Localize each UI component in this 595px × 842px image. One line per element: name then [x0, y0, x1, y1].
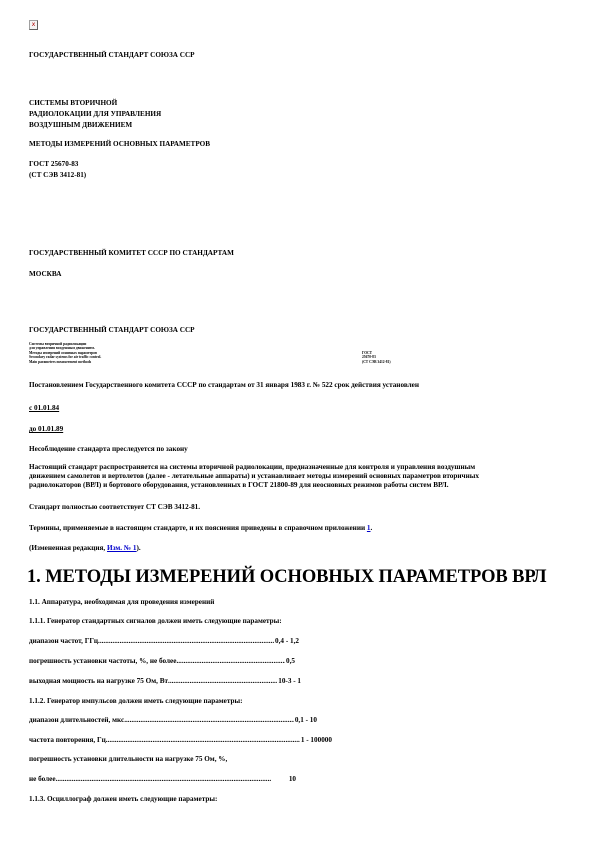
clause-1-1-1: 1.1.1. Генератор стандартных сигналов до… — [29, 617, 282, 626]
title-line-3: ВОЗДУШНЫМ ДВИЖЕНИЕМ — [29, 121, 132, 130]
pulse-error-label: погрешность установки длительности на на… — [29, 755, 227, 764]
valid-to-date: до 01.01.89 — [29, 425, 63, 434]
city: МОСКВА — [29, 270, 61, 279]
gost-number: ГОСТ 25670-83 — [29, 160, 78, 169]
clause-1-1-3: 1.1.3. Осциллограф должен иметь следующи… — [29, 795, 217, 804]
law-notice: Несоблюдение стандарта преследуется по з… — [29, 445, 188, 454]
title-line-2: РАДИОЛОКАЦИИ ДЛЯ УПРАВЛЕНИЯ — [29, 110, 161, 119]
amendment-1-link[interactable]: Изм. № 1 — [107, 544, 136, 552]
param-label: частота повторения, Гц — [29, 736, 106, 745]
terms-end: . — [371, 524, 373, 532]
scope-line: движением самолетов и вертолетов (далее … — [29, 472, 479, 481]
decree-text: Постановлением Государственного комитета… — [29, 381, 419, 390]
param-value: 0,4 - 1,2 — [274, 637, 299, 646]
leader-dots: ........................................… — [124, 716, 294, 725]
valid-from-date: с 01.01.84 — [29, 404, 59, 413]
param-value: 0,5 — [285, 657, 295, 666]
compliance-text: Стандарт полностью соответствует СТ СЭВ … — [29, 503, 200, 512]
section-1-heading: 1. МЕТОДЫ ИЗМЕРЕНИЙ ОСНОВНЫХ ПАРАМЕТРОВ … — [27, 566, 547, 588]
param-value: 10-3 - 1 — [277, 677, 301, 686]
terms-text: Термины, применяемые в настоящем стандар… — [29, 524, 367, 532]
terms-paragraph: Термины, применяемые в настоящем стандар… — [29, 524, 372, 533]
leader-dots: ........................................… — [106, 736, 300, 745]
revision-prefix: (Измененная редакция, — [29, 544, 107, 552]
param-label: диапазон частот, ГГц — [29, 637, 98, 646]
clause-1-1: 1.1. Аппаратура, необходимая для проведе… — [29, 598, 214, 607]
param-row: диапазон частот, ГГц....................… — [29, 637, 299, 646]
leader-dots: ........................................… — [168, 677, 277, 686]
leader-dots: ........................................… — [56, 775, 288, 784]
title-line-1: СИСТЕМЫ ВТОРИЧНОЙ — [29, 99, 117, 108]
revision-suffix: ). — [136, 544, 140, 552]
clause-1-1-2: 1.1.2. Генератор импульсов должен иметь … — [29, 697, 243, 706]
param-row: частота повторения, Гц..................… — [29, 736, 332, 745]
param-row: диапазон длительностей, мкс.............… — [29, 716, 317, 725]
scope-paragraph: Настоящий стандарт распространяется на с… — [29, 463, 479, 490]
title-block-right: ГОСТ 25670-83 (СТ СЭВ 3412-81) — [362, 351, 391, 364]
state-standard-heading-2: ГОСУДАРСТВЕННЫЙ СТАНДАРТ СОЮЗА ССР — [29, 326, 195, 335]
revision-note: (Измененная редакция, Изм. № 1). — [29, 544, 141, 553]
state-standard-heading: ГОСУДАРСТВЕННЫЙ СТАНДАРТ СОЮЗА ССР — [29, 51, 195, 60]
param-row: выходная мощность на нагрузке 75 Ом, Вт.… — [29, 677, 301, 686]
broken-image-icon: x — [29, 20, 38, 30]
param-value: 10 — [288, 775, 296, 784]
param-row: не более................................… — [29, 775, 296, 784]
leader-dots: ........................................… — [176, 657, 285, 666]
param-label: диапазон длительностей, мкс — [29, 716, 124, 725]
committee-name: ГОСУДАРСТВЕННЫЙ КОМИТЕТ СССР ПО СТАНДАРТ… — [29, 249, 234, 258]
param-label: погрешность установки частоты, %, не бол… — [29, 657, 176, 666]
title-block-cmea: (СТ СЭВ 3412-81) — [362, 360, 391, 364]
param-value: 1 - 100000 — [300, 736, 332, 745]
param-label: не более — [29, 775, 56, 784]
title-block-line: Main parameters measurement methods — [29, 360, 101, 364]
param-label: выходная мощность на нагрузке 75 Ом, Вт — [29, 677, 168, 686]
param-value: 0,1 - 10 — [294, 716, 317, 725]
param-row: погрешность установки частоты, %, не бол… — [29, 657, 295, 666]
scope-line: радиолокаторов (ВРЛ) и бортового оборудо… — [29, 481, 479, 490]
cmea-number: (СТ СЭВ 3412-81) — [29, 171, 86, 180]
title-block-left: Системы вторичной радиолокации для управ… — [29, 342, 101, 364]
title-block-line: Secondary radar systems for air traffic … — [29, 355, 101, 359]
subtitle: МЕТОДЫ ИЗМЕРЕНИЙ ОСНОВНЫХ ПАРАМЕТРОВ — [29, 140, 210, 149]
scope-line: Настоящий стандарт распространяется на с… — [29, 463, 479, 472]
leader-dots: ........................................… — [98, 637, 274, 646]
